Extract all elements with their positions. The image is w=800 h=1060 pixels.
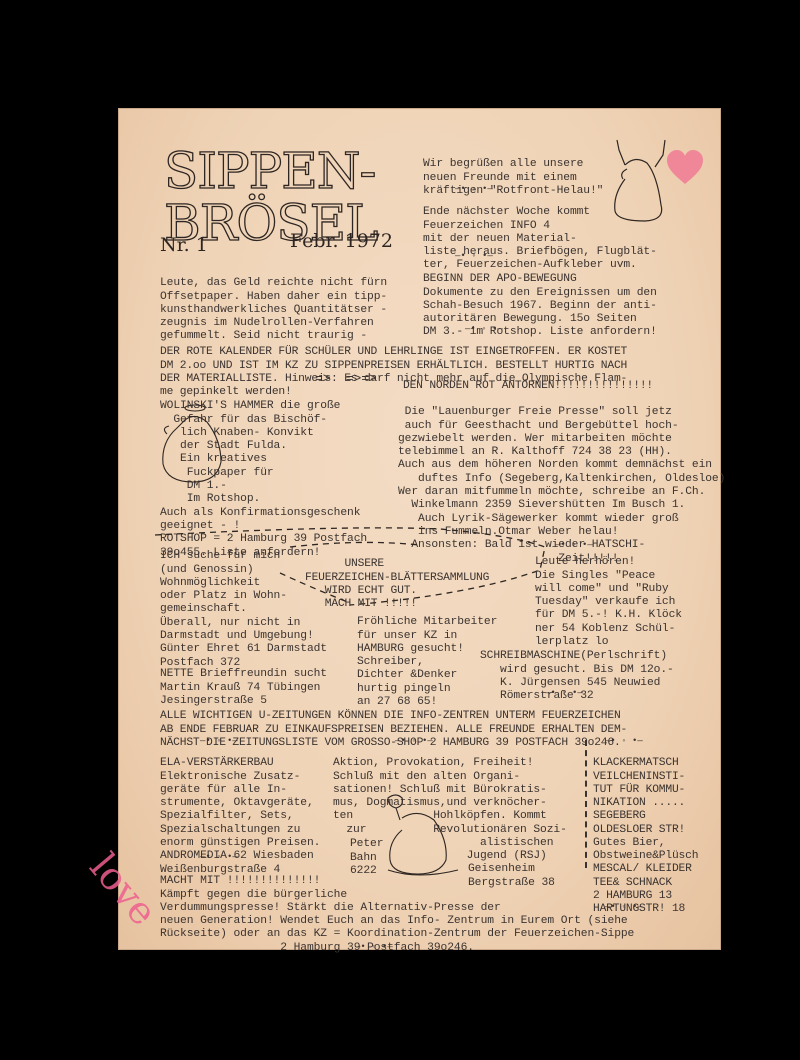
issue-date: Febr. 1972: [290, 230, 393, 252]
svg-text:SIPPEN-: SIPPEN-: [164, 142, 375, 200]
ornament: —• ◦ •—: [200, 852, 238, 862]
apo-heading: BEGINN DER APO-BEWEGUNG: [423, 273, 657, 286]
arrow-doodles: => =>=>: [315, 372, 377, 385]
issue-number: Nr. 1: [160, 234, 208, 256]
machtmit-text: MACHT MIT !!!!!!!!!!!!!!Kämpft gegen die…: [160, 862, 634, 968]
cartoon-figure-angel-icon: [155, 400, 235, 490]
ornament: —• ◦ •—: [355, 942, 393, 952]
column-divider: [585, 740, 587, 868]
norden-heading: DEN NORDEN ROT ANTÖRNEN!!!!!!!!!!!!!!!: [403, 380, 653, 393]
cartoon-figure-cheering-icon: [605, 135, 675, 225]
